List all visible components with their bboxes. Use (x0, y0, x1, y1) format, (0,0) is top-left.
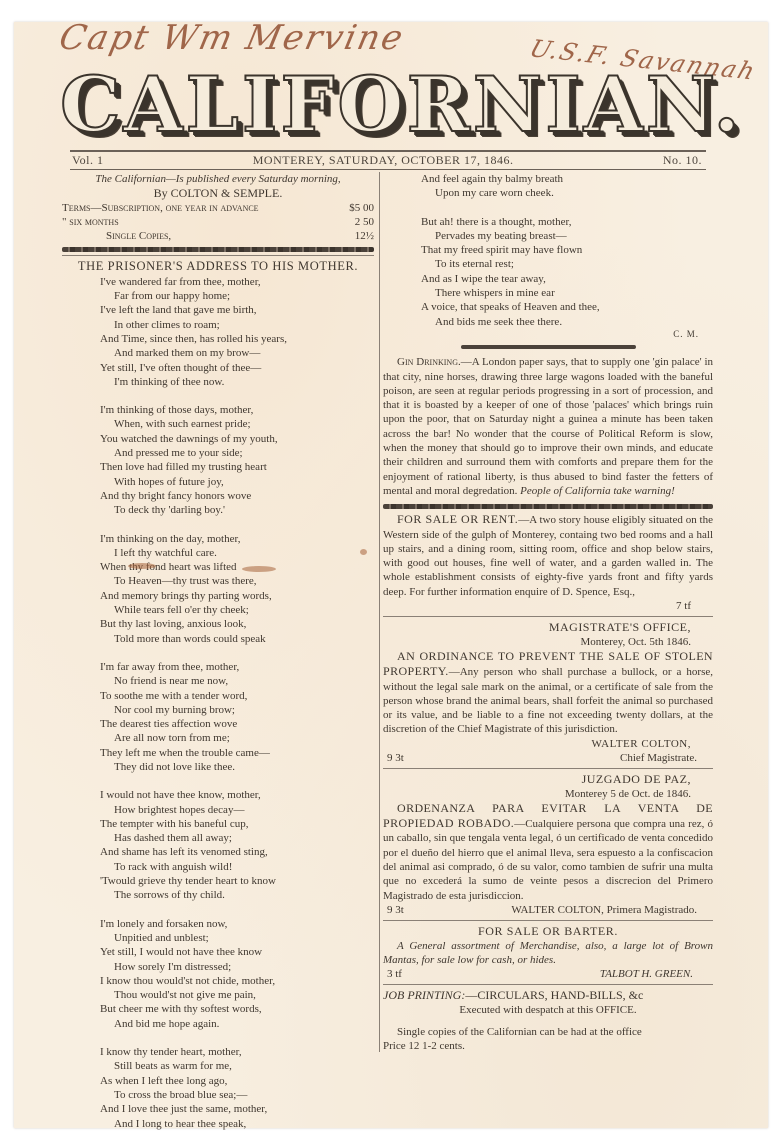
poem-line: And marked them on my brow— (62, 346, 374, 360)
poem-line: But ah! there is a thought, mother, (383, 215, 713, 229)
poem-line: With hopes of future joy, (62, 475, 374, 489)
poem-signature: C. M. (383, 327, 713, 341)
poem-line: They left me when the trouble came— (62, 746, 374, 760)
notice-code: 9 3t (387, 903, 404, 917)
poem-line: No friend is near me now, (62, 674, 374, 688)
poem-line: Are all now torn from me; (62, 731, 374, 745)
ad-for-sale-or-rent: FOR SALE OR RENT.—A two story house elig… (383, 512, 713, 599)
poem-line: Pervades my beating breast— (383, 229, 713, 243)
poem-line: I'm thinking on the day, mother, (62, 532, 374, 546)
poem-line: That my freed spirit may have flown (383, 243, 713, 257)
ad-signer: TALBOT H. GREEN. (600, 967, 693, 981)
poem-continued: And feel again thy balmy breathUpon my c… (383, 172, 713, 329)
poem-line: I'm lonely and forsaken now, (62, 917, 374, 931)
issue-number: No. 10. (663, 153, 702, 168)
poem-line: A voice, that speaks of Heaven and thee, (383, 300, 713, 314)
poem-line: And I long to hear thee speak, (62, 1117, 374, 1131)
volume-label: Vol. 1 (72, 153, 103, 168)
poem-line: To deck thy 'darling boy.' (62, 503, 374, 517)
notice-signer: WALTER COLTON, Primera Magistrado. (511, 903, 697, 917)
article-lead: Gin Drinking. (397, 356, 461, 368)
ad-code: 3 tf (387, 967, 402, 981)
article-gin-drinking: Gin Drinking.—A London paper says, that … (383, 355, 713, 498)
terms-price: 2 50 (355, 215, 374, 229)
publisher-names: By COLTON & SEMPLE. (62, 186, 374, 200)
poem-line: And shame has left its venomed sting, (62, 845, 374, 859)
poem-line: But cheer me with thy softest words, (62, 1002, 374, 1016)
poem-line: Thou would'st not give me pain, (62, 988, 374, 1002)
terms-row: Single Copies,12½ (62, 229, 374, 243)
poem-line: To rack with anguish wild! (62, 860, 374, 874)
poem-line: How sorely I'm distressed; (62, 960, 374, 974)
notice-office: MAGISTRATE'S OFFICE, (383, 620, 713, 634)
ad-job-printing: JOB PRINTING:—CIRCULARS, HAND-BILLS, &c … (383, 984, 713, 1017)
poem-line: But thy last loving, anxious look, (62, 617, 374, 631)
poem-line: Has dashed them all away; (62, 831, 374, 845)
notice-single-copies: Single copies of the Californian can be … (383, 1025, 713, 1054)
poem-line: When thy fond heart was lifted (62, 560, 374, 574)
poem-line: While tears fell o'er thy cheek; (62, 603, 374, 617)
ad-code: 7 tf (383, 599, 713, 613)
left-column: The Californian—Is published every Satur… (62, 172, 374, 1141)
poem-line: To Heaven—thy trust was there, (62, 574, 374, 588)
poem-line: And pressed me to your side; (62, 446, 374, 460)
poem-line: Then love had filled my trusting heart (62, 460, 374, 474)
ad-lead: FOR SALE OR RENT. (397, 512, 518, 526)
poem-line: I'm thinking of thee now. (62, 375, 374, 389)
masthead-rule-top (70, 150, 706, 152)
poem-stanza: I would not have thee know, mother,How b… (62, 788, 374, 902)
article-warning: People of California take warning! (520, 485, 675, 497)
right-column: And feel again thy balmy breathUpon my c… (383, 172, 713, 1054)
poem-line: And thy bright fancy honors wove (62, 489, 374, 503)
poem-line: Told more than words could speak (62, 632, 374, 646)
subscription-terms: Terms—Subscription, one year in advance$… (62, 201, 374, 244)
poem-stanza: I know thy tender heart, mother,Still be… (62, 1045, 374, 1131)
poem-line: Nor cool my burning brow; (62, 703, 374, 717)
ad-for-sale-or-barter: FOR SALE OR BARTER. A General assortment… (383, 920, 713, 981)
poem-stanza: And feel again thy balmy breathUpon my c… (383, 172, 713, 201)
poem-line: The dearest ties affection wove (62, 717, 374, 731)
poem-line: Yet still, I would not have thee know (62, 945, 374, 959)
terms-price: 12½ (355, 229, 374, 243)
terms-label: Terms—Subscription, one year in advance (62, 201, 349, 215)
column-divider (379, 172, 380, 1052)
poem-body: I've wandered far from thee, mother,Far … (62, 275, 374, 1131)
ornamental-rule-short (461, 345, 636, 349)
poem-stanza: I've wandered far from thee, mother,Far … (62, 275, 374, 389)
poem-line: I'm thinking of those days, mother, (62, 403, 374, 417)
notice-signer-title: Chief Magistrate. (620, 751, 697, 765)
poem-stanza: But ah! there is a thought, mother,Perva… (383, 215, 713, 329)
notice-juzgado: JUZGADO DE PAZ, Monterey 5 de Oct. de 18… (383, 768, 713, 917)
terms-label: Single Copies, (106, 229, 355, 243)
ink-stain (360, 549, 367, 555)
notice-code: 9 3t (387, 751, 404, 765)
poem-line: And feel again thy balmy breath (383, 172, 713, 186)
poem-line: 'Twould grieve thy tender heart to know (62, 874, 374, 888)
notice-date: Monterey 5 de Oct. de 1846. (383, 787, 713, 801)
poem-line: Yet still, I've often thought of thee— (62, 361, 374, 375)
publisher-notice: The Californian—Is published every Satur… (62, 172, 374, 186)
poem-line: They did not love like thee. (62, 760, 374, 774)
terms-price: $5 00 (349, 201, 374, 215)
date-location: MONTEREY, SATURDAY, OCTOBER 17, 1846. (253, 153, 514, 168)
poem-title: THE PRISONER'S ADDRESS TO HIS MOTHER. (62, 255, 374, 273)
poem-line: Still beats as warm for me, (62, 1059, 374, 1073)
poem-line: I left thy watchful care. (62, 546, 374, 560)
ink-stain (242, 566, 276, 572)
poem-line: Unpitied and unblest; (62, 931, 374, 945)
ad-lead: JOB PRINTING: (383, 988, 465, 1002)
poem-line: To soothe me with a tender word, (62, 689, 374, 703)
masthead-rule-bottom (70, 169, 706, 170)
poem-line: I've left the land that gave me birth, (62, 303, 374, 317)
price-note: Price 12 1-2 cents. (383, 1039, 713, 1053)
poem-line: And as I wipe the tear away, (383, 272, 713, 286)
poem-line: And memory brings thy parting words, (62, 589, 374, 603)
poem-line: When, with such earnest pride; (62, 417, 374, 431)
poem-line: In other climes to roam; (62, 318, 374, 332)
notice-signer: WALTER COLTON, (383, 737, 713, 751)
ornamental-rule (383, 504, 713, 509)
notice-date: Monterey, Oct. 5th 1846. (383, 635, 713, 649)
masthead-title: CALIFORNIAN. (60, 66, 710, 144)
poem-line: You watched the dawnings of my youth, (62, 432, 374, 446)
poem-line: And bid me hope again. (62, 1017, 374, 1031)
poem-line: I know thou would'st not chide, mother, (62, 974, 374, 988)
poem-line: Upon my care worn cheek. (383, 186, 713, 200)
poem-stanza: I'm thinking on the day, mother,I left t… (62, 532, 374, 646)
ad-text: A General assortment of Merchandise, als… (383, 939, 713, 968)
poem-stanza: I'm far away from thee, mother,No friend… (62, 660, 374, 774)
poem-line: The sorrows of thy child. (62, 888, 374, 902)
poem-line: I would not have thee know, mother, (62, 788, 374, 802)
handwritten-inscription: Capt Wm Mervine (56, 18, 408, 58)
poem-line: I've wandered far from thee, mother, (62, 275, 374, 289)
poem-line: To its eternal rest; (383, 257, 713, 271)
poem-stanza: I'm thinking of those days, mother,When,… (62, 403, 374, 517)
poem-line: The tempter with his baneful cup, (62, 817, 374, 831)
ornamental-rule (62, 247, 374, 252)
poem-line: There whispers in mine ear (383, 286, 713, 300)
poem-line: I'm far away from thee, mother, (62, 660, 374, 674)
poem-line: And I love thee just the same, mother, (62, 1102, 374, 1116)
terms-label: " six months (62, 215, 355, 229)
poem-line: Far from our happy home; (62, 289, 374, 303)
poem-line: How brightest hopes decay— (62, 803, 374, 817)
ad-heading: FOR SALE OR BARTER. (383, 924, 713, 938)
ad-line: Executed with despatch at this OFFICE. (383, 1003, 713, 1017)
notice-magistrate: MAGISTRATE'S OFFICE, Monterey, Oct. 5th … (383, 616, 713, 765)
ink-stain (128, 563, 156, 569)
dateline: Vol. 1 MONTEREY, SATURDAY, OCTOBER 17, 1… (72, 153, 702, 168)
poem-line: As when I left thee long ago, (62, 1074, 374, 1088)
terms-row: " six months2 50 (62, 215, 374, 229)
poem-line: To cross the broad blue sea;— (62, 1088, 374, 1102)
notice-office: JUZGADO DE PAZ, (383, 772, 713, 786)
terms-row: Terms—Subscription, one year in advance$… (62, 201, 374, 215)
poem-line: And Time, since then, has rolled his yea… (62, 332, 374, 346)
poem-stanza: I'm lonely and forsaken now,Unpitied and… (62, 917, 374, 1031)
poem-line: I know thy tender heart, mother, (62, 1045, 374, 1059)
